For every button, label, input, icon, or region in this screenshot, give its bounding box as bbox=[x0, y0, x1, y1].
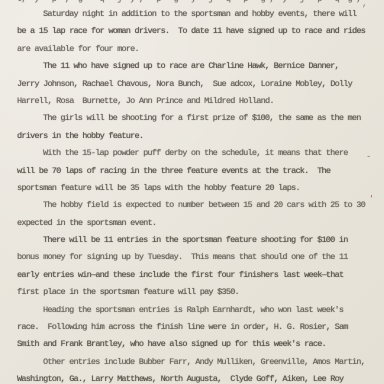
text-line: expected in the sportsman event. bbox=[17, 215, 382, 232]
text-line: bonus money for signing up by Tuesday. T… bbox=[17, 249, 382, 266]
document-text-block: Saturday night in addition to the sports… bbox=[17, 6, 382, 384]
typewritten-page: t, y p , g q j y , p g y j q p g , y j p… bbox=[0, 0, 384, 384]
text-line: race. Following him across the finish li… bbox=[17, 319, 382, 336]
text-line: first place in the sportsman feature wil… bbox=[17, 284, 382, 301]
text-line: With the 15-lap powder puff derby on the… bbox=[17, 145, 382, 162]
text-line: Washington, Ga., Larry Matthews, North A… bbox=[17, 371, 382, 384]
text-line: The 11 who have signed up to race are Ch… bbox=[17, 58, 382, 75]
text-line: will be 70 laps of racing in the three f… bbox=[17, 163, 382, 180]
text-line: Harrell, Rosa Burnette, Jo Ann Prince an… bbox=[17, 93, 382, 110]
text-line: Other entries include Bubber Farr, Andy … bbox=[17, 354, 382, 371]
text-line: Smith and Frank Brantley, who have also … bbox=[17, 336, 382, 353]
text-line: be a 15 lap race for woman drivers. To d… bbox=[17, 23, 382, 40]
text-line: sportsman feature will be 35 laps with t… bbox=[17, 180, 382, 197]
text-line: early entries win—and these include the … bbox=[17, 267, 382, 284]
text-line: are available for four more. bbox=[17, 41, 382, 58]
stray-dash-mark: - bbox=[366, 152, 371, 162]
stray-ink-dot: ' bbox=[369, 195, 374, 204]
clipped-previous-line: t, y p , g q j y , p g y j q p g , y j p… bbox=[17, 0, 384, 5]
text-line: There will be 11 entries in the sportsma… bbox=[17, 232, 382, 249]
text-line: The girls will be shooting for a first p… bbox=[17, 110, 382, 127]
text-line: Jerry Johnson, Rachael Chavous, Nora Bun… bbox=[17, 76, 382, 93]
text-line: Heading the sportsman entries is Ralph E… bbox=[17, 302, 382, 319]
text-line: Saturday night in addition to the sports… bbox=[17, 6, 382, 23]
text-line: drivers in the hobby feature. bbox=[17, 128, 382, 145]
text-line: The hobby field is expected to number be… bbox=[17, 197, 382, 214]
clipped-previous-line-text: t, y p , g q j y , p g y j q p g , y j p… bbox=[17, 0, 384, 4]
